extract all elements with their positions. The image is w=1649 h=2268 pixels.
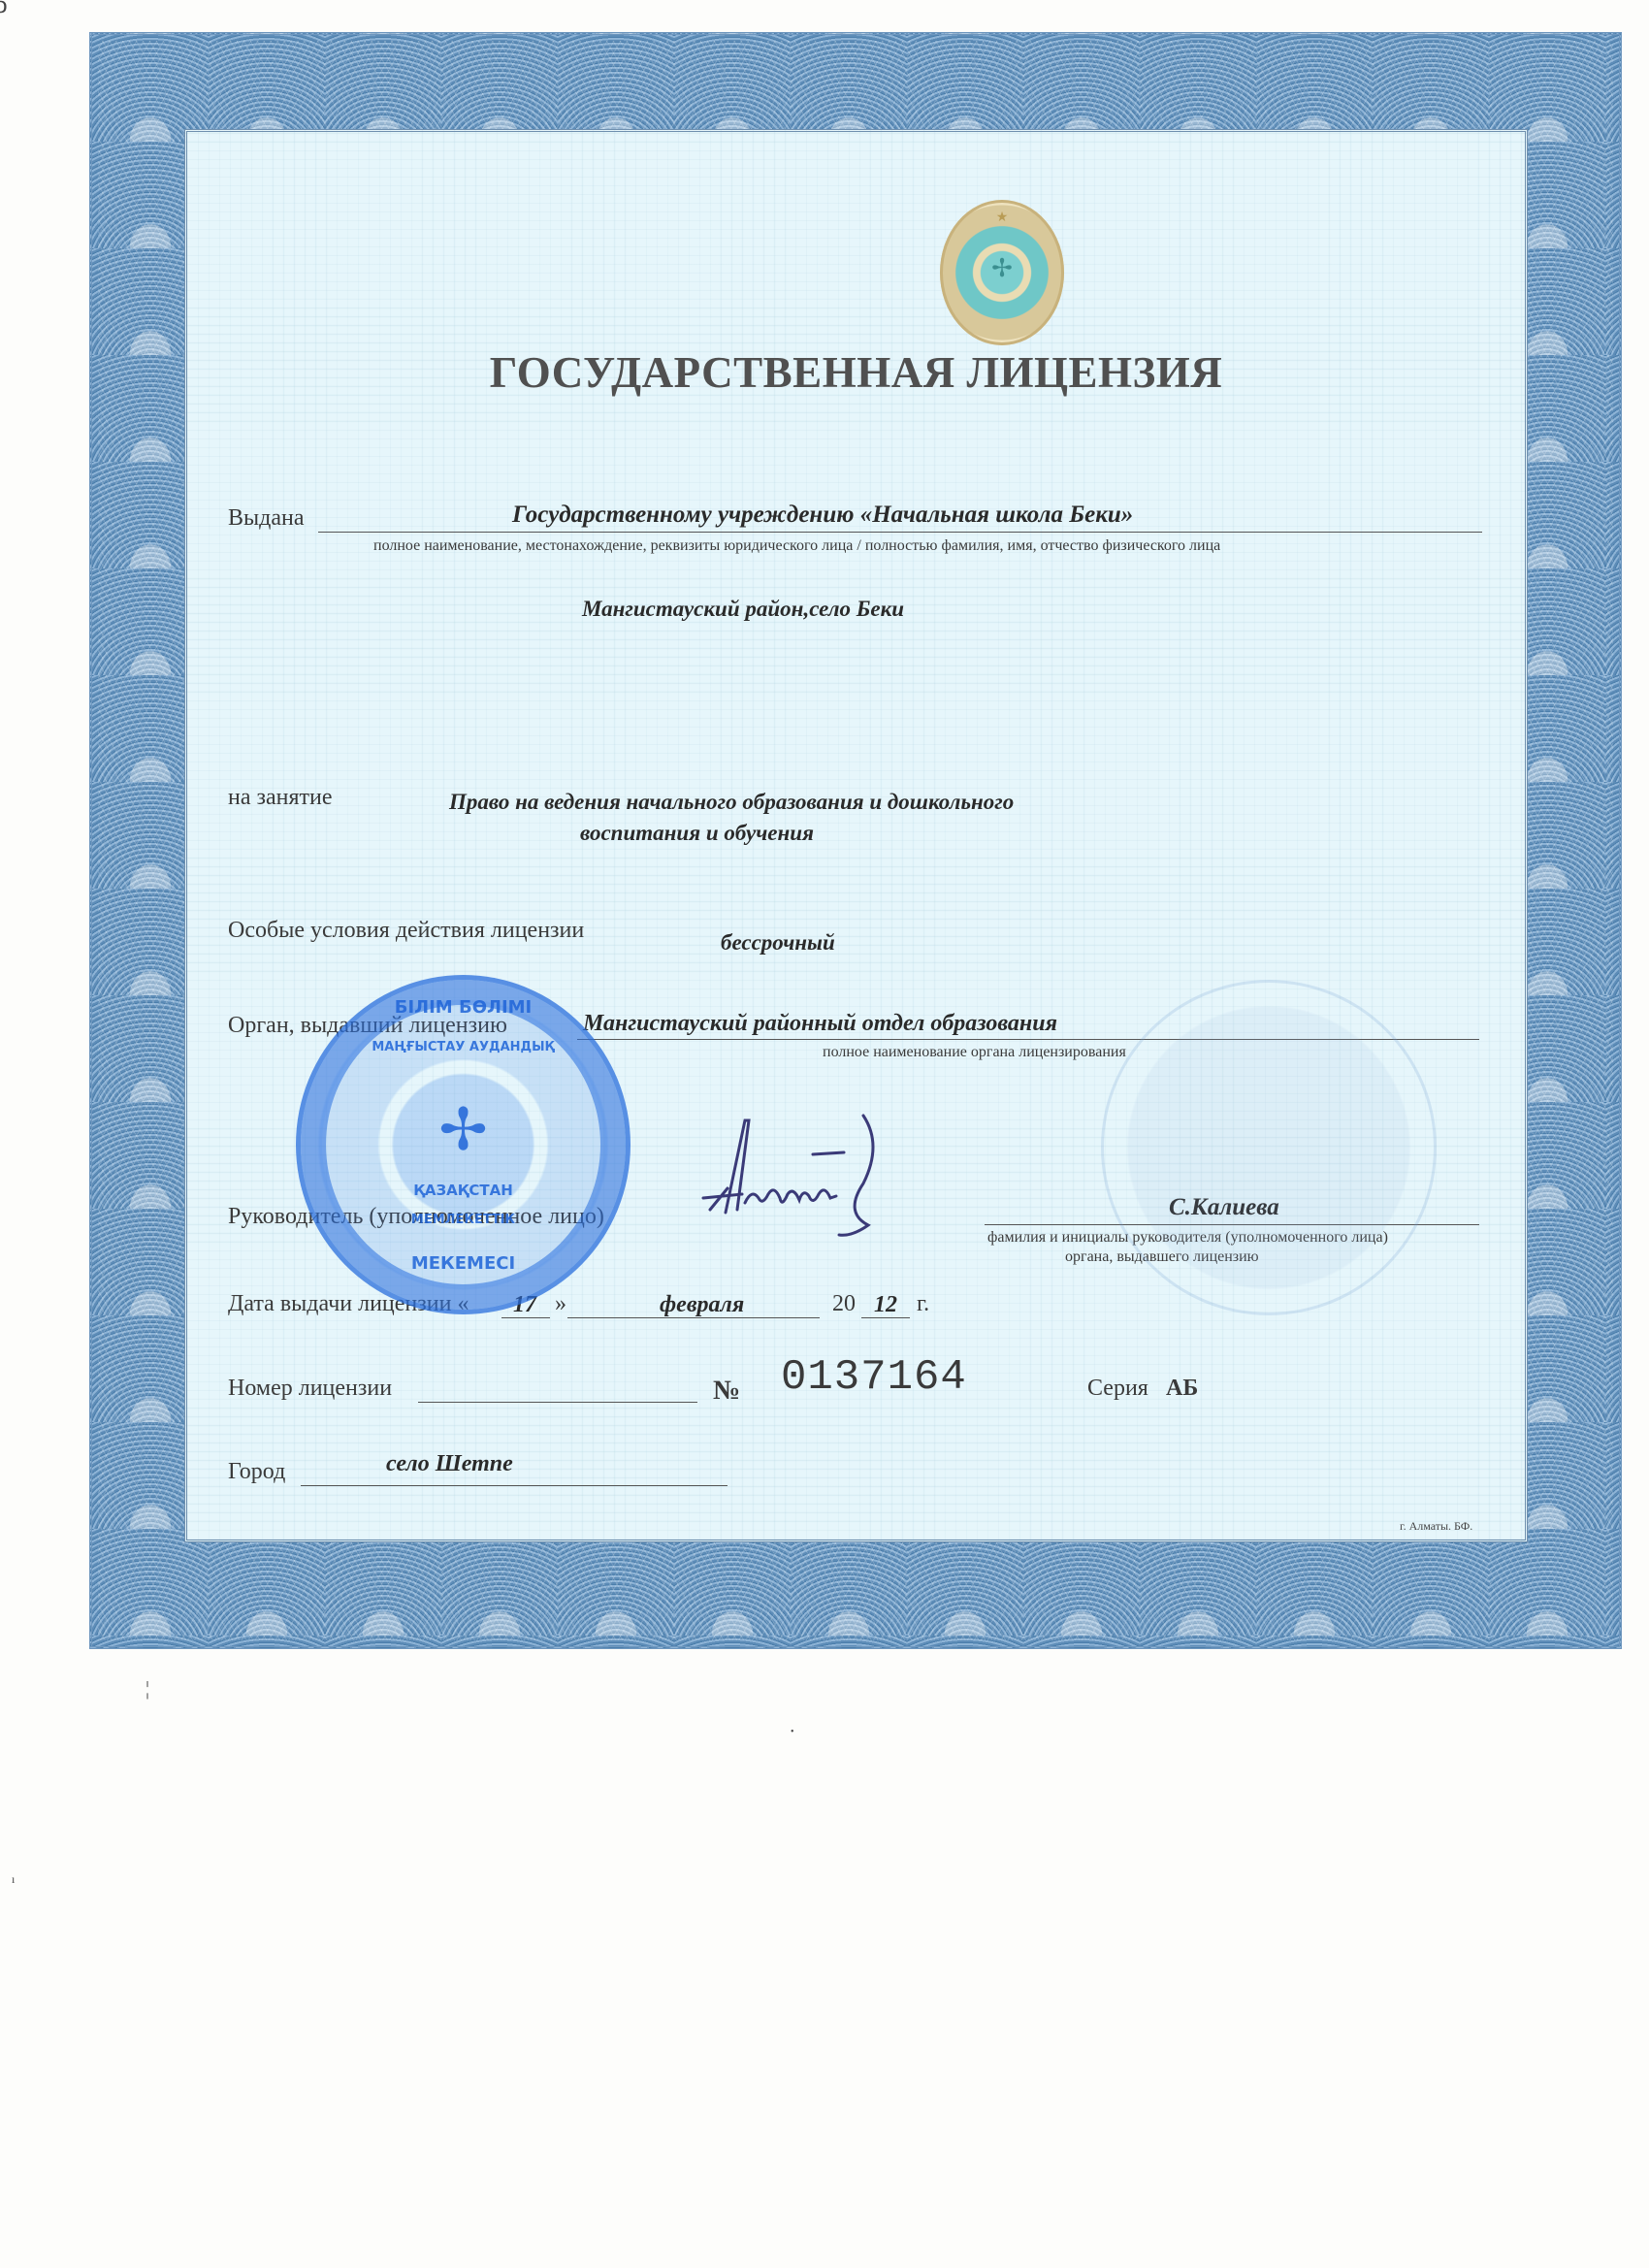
printer-mark: г. Алматы. БФ. [1400,1519,1472,1534]
head-label: Руководитель (уполномоченное лицо) [228,1204,604,1230]
issue-date-century: 20 [832,1291,856,1317]
activity-value-line1: Право на ведения начального образования … [449,790,1014,815]
scan-mark-left-1: ¦ [145,1678,149,1701]
license-number-value: 0137164 [781,1353,967,1402]
activity-value-line2: воспитания и обучения [580,821,814,846]
head-hint-line2: органа, выдавшего лицензию [1065,1248,1259,1266]
license-number-label: Номер лицензии [228,1376,392,1402]
license-series-value: АБ [1166,1376,1198,1402]
license-series-label: Серия [1087,1376,1148,1402]
state-emblem-icon: ★ ✢ [940,200,1064,345]
shanyrak-icon: ✢ [991,256,1013,281]
issued-to-value: Государственному учреждению «Начальная ш… [512,502,1133,529]
scan-mark-left-2: ı [12,1872,15,1887]
scan-mark-top-left: ↄ [0,0,8,19]
license-number-sign: № [713,1376,740,1407]
licensor-label: Орган, выдавший лицензию [228,1013,507,1039]
issued-to-address: Мангистауский район,село Беки [582,597,904,622]
signature [698,1101,892,1247]
head-line [985,1224,1479,1225]
issue-date-month: февраля [660,1292,744,1318]
city-line [301,1485,727,1486]
certificate-panel: ★ ✢ ГОСУДАРСТВЕННАЯ ЛИЦЕНЗИЯ Выдана Госу… [184,129,1528,1542]
special-conditions-value: бессрочный [721,930,835,956]
licensor-hint: полное наименование органа лицензировани… [823,1044,1126,1061]
special-conditions-label: Особые условия действия лицензии [228,918,584,944]
issue-date-year: 12 [874,1292,897,1318]
issue-date-day-close: » [555,1291,566,1317]
city-value: село Шетпе [386,1451,513,1477]
licensor-value: Мангистауский районный отдел образования [583,1011,1057,1037]
issue-date-day: 17 [513,1292,536,1318]
issued-to-label: Выдана [228,505,305,532]
head-name: С.Калиева [1169,1194,1279,1221]
star-icon: ★ [996,210,1009,226]
city-label: Город [228,1459,285,1485]
licensor-line [577,1039,1479,1040]
head-hint-line1: фамилия и инициалы руководителя (уполном… [987,1229,1388,1247]
activity-label: на занятие [228,785,333,811]
issue-date-suffix: г. [917,1291,929,1317]
issued-to-hint: полное наименование, местонахождение, ре… [373,537,1220,555]
issued-to-line [318,532,1482,533]
license-number-line [418,1402,697,1403]
issue-date-label: Дата выдачи лицензии « [228,1291,469,1317]
scan-mark-center: • [791,1727,794,1737]
document-title: ГОСУДАРСТВЕННАЯ ЛИЦЕНЗИЯ [187,347,1525,398]
